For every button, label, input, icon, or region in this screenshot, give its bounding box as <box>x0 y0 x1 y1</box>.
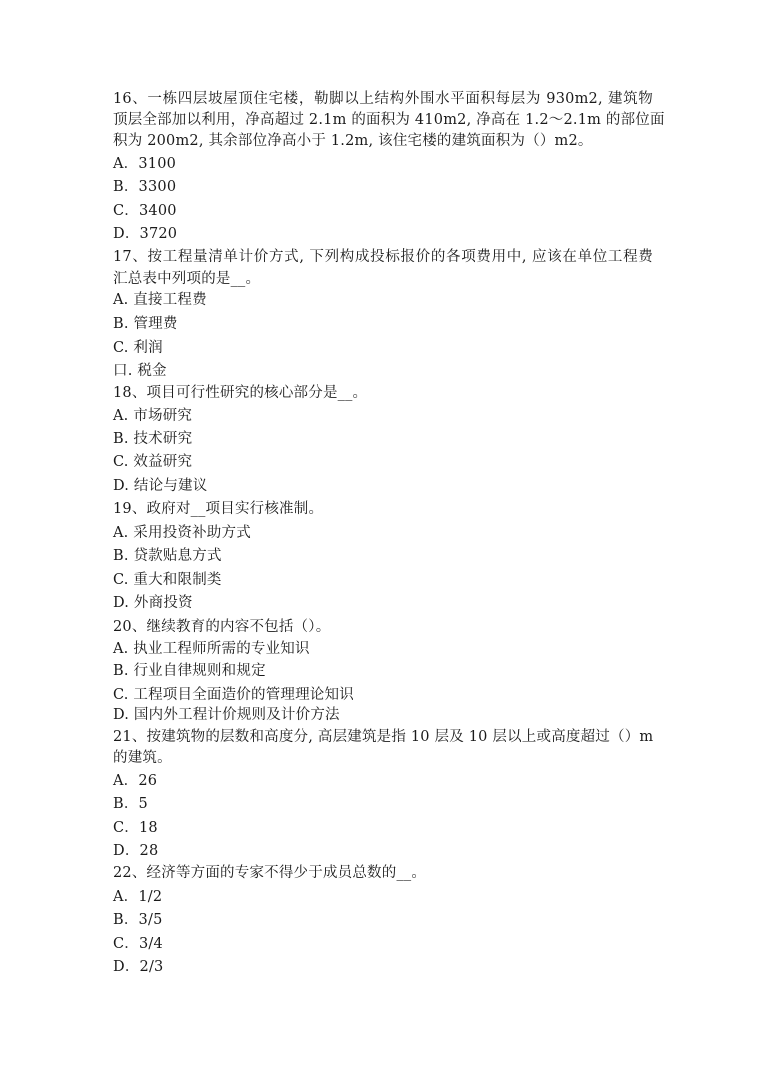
question-18-line-1: 18、项目可行性研究的核心部分是__。 <box>113 384 367 402</box>
question-17-line-2: 汇总表中列项的是__。 <box>113 270 260 288</box>
question-16-option-a: A．3100 <box>113 155 176 173</box>
question-20-option-b: B. 行业自律规则和规定 <box>113 662 266 680</box>
question-17-option-c: C. 利润 <box>113 339 163 357</box>
question-21-option-b: B．5 <box>113 795 148 813</box>
question-16-line-1: 16、一栋四层坡屋顶住宅楼，勒脚以上结构外围水平面积每层为 930m2, 建筑物 <box>113 90 653 108</box>
question-20-option-c: C. 工程项目全面造价的管理理论知识 <box>113 686 354 704</box>
question-22-option-c: C．3/4 <box>113 935 163 953</box>
question-19-option-d: D. 外商投资 <box>113 594 193 612</box>
question-16-line-2: 顶层全部加以利用，净高超过 2.1m 的面积为 410m2, 净高在 1.2～2… <box>113 111 653 129</box>
question-20-option-d: D. 国内外工程计价规则及计价方法 <box>113 706 340 724</box>
question-17-option-d: 口. 税金 <box>113 362 167 380</box>
question-17-option-a: A. 直接工程费 <box>113 291 207 309</box>
question-21-line-1: 21、按建筑物的层数和高度分, 高层建筑是指 10 层及 10 层以上或高度超过… <box>113 728 653 746</box>
question-18-option-a: A. 市场研究 <box>113 407 192 425</box>
question-19-option-c: C. 重大和限制类 <box>113 571 222 589</box>
question-18-option-d: D. 结论与建议 <box>113 477 207 495</box>
question-16-option-c: C．3400 <box>113 202 177 220</box>
question-20-line-1: 20、继续教育的内容不包括（）。 <box>113 618 330 636</box>
question-18-option-c: C. 效益研究 <box>113 453 192 471</box>
question-22-line-1: 22、经济等方面的专家不得少于成员总数的__。 <box>113 864 426 882</box>
question-22-option-d: D．2/3 <box>113 958 163 976</box>
question-21-option-d: D．28 <box>113 842 158 860</box>
question-18-option-b: B. 技术研究 <box>113 430 192 448</box>
question-17-option-b: B. 管理费 <box>113 315 178 333</box>
question-19-option-a: A. 采用投资补助方式 <box>113 524 251 542</box>
question-20-option-a: A. 执业工程师所需的专业知识 <box>113 640 310 658</box>
question-16-option-d: D．3720 <box>113 225 177 243</box>
question-19-option-b: B. 贷款贴息方式 <box>113 547 222 565</box>
document-page: 16、一栋四层坡屋顶住宅楼，勒脚以上结构外围水平面积每层为 930m2, 建筑物… <box>0 0 763 1080</box>
question-21-line-2: 的建筑。 <box>113 749 172 767</box>
question-17-line-1: 17、按工程量清单计价方式, 下列构成投标报价的各项费用中, 应该在单位工程费 <box>113 248 653 266</box>
question-22-option-b: B．3/5 <box>113 911 163 929</box>
question-22-option-a: A．1/2 <box>113 888 162 906</box>
question-16-option-b: B．3300 <box>113 178 176 196</box>
question-21-option-a: A．26 <box>113 772 157 790</box>
question-16-line-3: 积为 200m2, 其余部位净高小于 1.2m, 该住宅楼的建筑面积为（）m2。 <box>113 132 593 150</box>
question-19-line-1: 19、政府对__项目实行核准制。 <box>113 500 323 518</box>
question-21-option-c: C．18 <box>113 819 158 837</box>
